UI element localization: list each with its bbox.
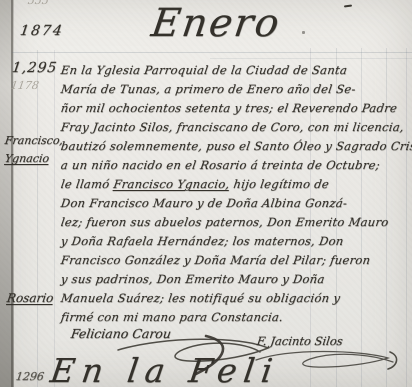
record-line-post: hijo legítimo de <box>229 177 330 191</box>
record-text-line: y sus padrinos, Don Emerito Mauro y Doña <box>60 272 326 286</box>
next-entry-partial-text: En la Feli <box>48 351 282 387</box>
ink-speck <box>302 31 305 34</box>
record-text-line: y Doña Rafaela Hernández; los maternos, … <box>60 234 345 248</box>
month-heading: Enero <box>128 1 304 46</box>
record-text-line: Francisco González y Doña María del Pila… <box>60 253 371 267</box>
record-text-line: lez; fueron sus abuelos paternos, Don Em… <box>60 215 390 229</box>
record-line-pre: le llamó <box>60 177 115 191</box>
ruled-line <box>54 50 55 387</box>
record-text-line: Manuela Suárez; les notifiqué su obligac… <box>60 291 341 305</box>
record-text-line: ñor mil ochocientos setenta y tres; el R… <box>60 101 398 115</box>
ruled-line <box>406 48 407 387</box>
corner-page-number: 555 <box>27 0 50 7</box>
record-text-line: María de Tunas, a primero de Enero año d… <box>60 82 357 96</box>
ruled-line <box>37 50 38 387</box>
margin-place-label: Rosario <box>6 291 54 305</box>
record-text-line: a un niño nacido en el Rosario á treinta… <box>60 158 381 172</box>
signature-right: F. Jacinto Silos <box>256 334 344 348</box>
ruled-line <box>12 52 412 53</box>
next-entry-number: 1296 <box>15 370 45 383</box>
record-text-line: Fray Jacinto Silos, franciscano de Coro,… <box>60 120 405 134</box>
record-text-line: Don Francisco Mauro y de Doña Albina Gon… <box>60 196 348 210</box>
margin-name-line2: Ygnacio <box>4 152 50 165</box>
year-label: 1874 <box>19 23 65 39</box>
ruled-line <box>210 58 412 59</box>
record-text-line: En la Yglesia Parroquial de la Ciudad de… <box>60 63 348 77</box>
register-page-scan: 555 1874 Enero 1,295 1178 Francisco, Ygn… <box>0 0 412 387</box>
record-text-line: le llamó Francisco Ygnacio, hijo legítim… <box>60 177 330 191</box>
margin-name-line1: Francisco, <box>4 134 64 147</box>
pencil-annotation: 1178 <box>10 79 40 92</box>
page-fold-line <box>11 0 13 387</box>
entry-number: 1,295 <box>11 60 58 76</box>
ink-speck <box>344 4 352 7</box>
underlined-child-name: Francisco Ygnacio, <box>113 177 231 191</box>
record-text-line: bautizó solemnemente, puso el Santo Óleo… <box>60 139 412 153</box>
record-text-line: firmé con mi mano para Constancia. <box>60 310 284 324</box>
